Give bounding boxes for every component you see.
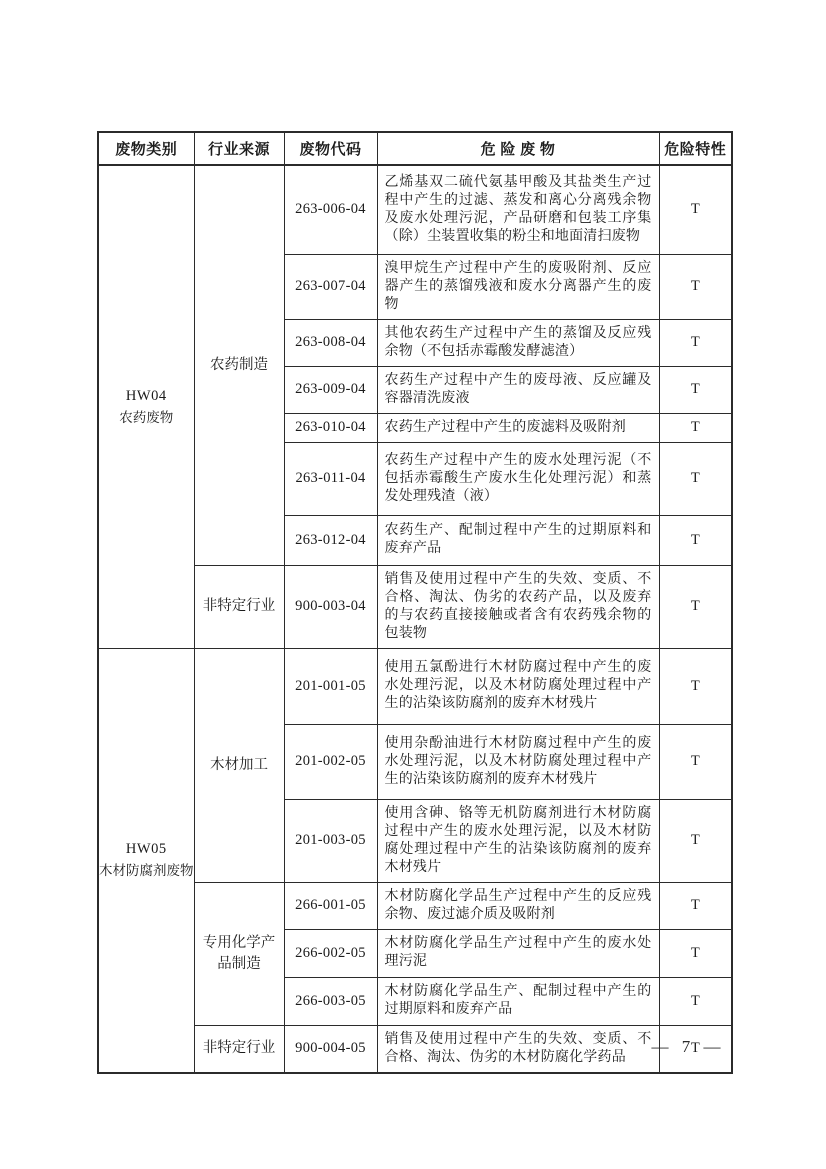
waste-code-cell: 263-006-04 xyxy=(284,165,377,254)
hazardous-waste-description-cell: 使用五氯酚进行木材防腐过程中产生的废水处理污泥，以及木材防腐处理过程中产生的沾染… xyxy=(377,648,659,724)
hazardous-waste-description-cell: 其他农药生产过程中产生的蒸馏及反应残余物（不包括赤霉酸发酵滤渣） xyxy=(377,319,659,366)
waste-code-cell: 263-007-04 xyxy=(284,254,377,319)
table-row: 非特定行业 900-003-04 销售及使用过程中产生的失效、变质、不合格、淘汰… xyxy=(98,565,732,648)
hazardous-waste-description-cell: 农药生产、配制过程中产生的过期原料和废弃产品 xyxy=(377,515,659,565)
hazard-characteristic-cell: T xyxy=(659,319,732,366)
category-name: 农药废物 xyxy=(99,407,194,429)
hazardous-waste-description-cell: 销售及使用过程中产生的失效、变质、不合格、淘汰、伪劣的农药产品，以及废弃的与农药… xyxy=(377,565,659,648)
waste-code-cell: 263-010-04 xyxy=(284,413,377,442)
hazard-characteristic-cell: T xyxy=(659,565,732,648)
hazardous-waste-description-cell: 使用杂酚油进行木材防腐过程中产生的废水处理污泥，以及木材防腐处理过程中产生的沾染… xyxy=(377,724,659,799)
table-row: HW04 农药废物 农药制造 263-006-04 乙烯基双二硫代氨基甲酸及其盐… xyxy=(98,165,732,254)
industry-source-cell: 专用化学产品制造 xyxy=(194,882,284,1025)
hazardous-waste-description-cell: 乙烯基双二硫代氨基甲酸及其盐类生产过程中产生的过滤、蒸发和离心分离残余物及废水处… xyxy=(377,165,659,254)
hazardous-waste-description-cell: 使用含砷、铬等无机防腐剂进行木材防腐过程中产生的废水处理污泥，以及木材防腐处理过… xyxy=(377,799,659,882)
category-name: 木材防腐剂废物 xyxy=(99,860,194,882)
industry-source-cell: 非特定行业 xyxy=(194,565,284,648)
header-row: 废物类别 行业来源 废物代码 危 险 废 物 危险特性 xyxy=(98,132,732,165)
waste-code-cell: 266-003-05 xyxy=(284,977,377,1025)
hazard-characteristic-cell: T xyxy=(659,515,732,565)
column-header-hazard-characteristic: 危险特性 xyxy=(659,132,732,165)
hazard-characteristic-cell: T xyxy=(659,882,732,929)
hazard-characteristic-cell: T xyxy=(659,648,732,724)
waste-code-cell: 201-003-05 xyxy=(284,799,377,882)
hazard-characteristic-cell: T xyxy=(659,366,732,413)
waste-code-cell: 201-001-05 xyxy=(284,648,377,724)
waste-code-cell: 266-001-05 xyxy=(284,882,377,929)
table-row: HW05 木材防腐剂废物 木材加工 201-001-05 使用五氯酚进行木材防腐… xyxy=(98,648,732,724)
hazard-characteristic-cell: T xyxy=(659,977,732,1025)
hazard-characteristic-cell: T xyxy=(659,442,732,515)
column-header-industry-source: 行业来源 xyxy=(194,132,284,165)
column-header-waste-code: 废物代码 xyxy=(284,132,377,165)
waste-code-cell: 263-012-04 xyxy=(284,515,377,565)
page-number: — 7 — xyxy=(640,1037,732,1057)
waste-code-cell: 266-002-05 xyxy=(284,929,377,977)
table-row: 非特定行业 900-004-05 销售及使用过程中产生的失效、变质、不合格、淘汰… xyxy=(98,1025,732,1073)
hazardous-waste-table: 废物类别 行业来源 废物代码 危 险 废 物 危险特性 HW04 农药废物 农药… xyxy=(97,131,733,1074)
table-row: 专用化学产品制造 266-001-05 木材防腐化学品生产过程中产生的反应残余物… xyxy=(98,882,732,929)
waste-category-cell: HW05 木材防腐剂废物 xyxy=(98,648,194,1073)
hazardous-waste-description-cell: 溴甲烷生产过程中产生的废吸附剂、反应器产生的蒸馏残液和废水分离器产生的废物 xyxy=(377,254,659,319)
industry-source-cell: 非特定行业 xyxy=(194,1025,284,1073)
waste-code-cell: 263-008-04 xyxy=(284,319,377,366)
waste-code-cell: 201-002-05 xyxy=(284,724,377,799)
hazard-characteristic-cell: T xyxy=(659,799,732,882)
hazardous-waste-description-cell: 木材防腐化学品生产、配制过程中产生的过期原料和废弃产品 xyxy=(377,977,659,1025)
waste-code-cell: 263-011-04 xyxy=(284,442,377,515)
hazardous-waste-description-cell: 木材防腐化学品生产过程中产生的废水处理污泥 xyxy=(377,929,659,977)
hazardous-waste-description-cell: 农药生产过程中产生的废滤料及吸附剂 xyxy=(377,413,659,442)
hazardous-waste-description-cell: 销售及使用过程中产生的失效、变质、不合格、淘汰、伪劣的木材防腐化学药品 xyxy=(377,1025,659,1073)
waste-code-cell: 900-003-04 xyxy=(284,565,377,648)
waste-code-cell: 263-009-04 xyxy=(284,366,377,413)
category-code: HW04 xyxy=(99,385,194,407)
hazard-characteristic-cell: T xyxy=(659,413,732,442)
hazardous-waste-description-cell: 木材防腐化学品生产过程中产生的反应残余物、废过滤介质及吸附剂 xyxy=(377,882,659,929)
document-page: 废物类别 行业来源 废物代码 危 险 废 物 危险特性 HW04 农药废物 农药… xyxy=(0,0,826,1169)
hazard-characteristic-cell: T xyxy=(659,724,732,799)
waste-code-cell: 900-004-05 xyxy=(284,1025,377,1073)
hazard-characteristic-cell: T xyxy=(659,165,732,254)
category-code: HW05 xyxy=(99,838,194,860)
hazard-characteristic-cell: T xyxy=(659,929,732,977)
hazardous-waste-description-cell: 农药生产过程中产生的废母液、反应罐及容器清洗废液 xyxy=(377,366,659,413)
waste-category-cell: HW04 农药废物 xyxy=(98,165,194,648)
hazard-characteristic-cell: T xyxy=(659,254,732,319)
industry-source-cell: 木材加工 xyxy=(194,648,284,882)
industry-source-cell: 农药制造 xyxy=(194,165,284,565)
hazardous-waste-description-cell: 农药生产过程中产生的废水处理污泥（不包括赤霉酸生产废水生化处理污泥）和蒸发处理残… xyxy=(377,442,659,515)
column-header-waste-category: 废物类别 xyxy=(98,132,194,165)
column-header-hazardous-waste: 危 险 废 物 xyxy=(377,132,659,165)
